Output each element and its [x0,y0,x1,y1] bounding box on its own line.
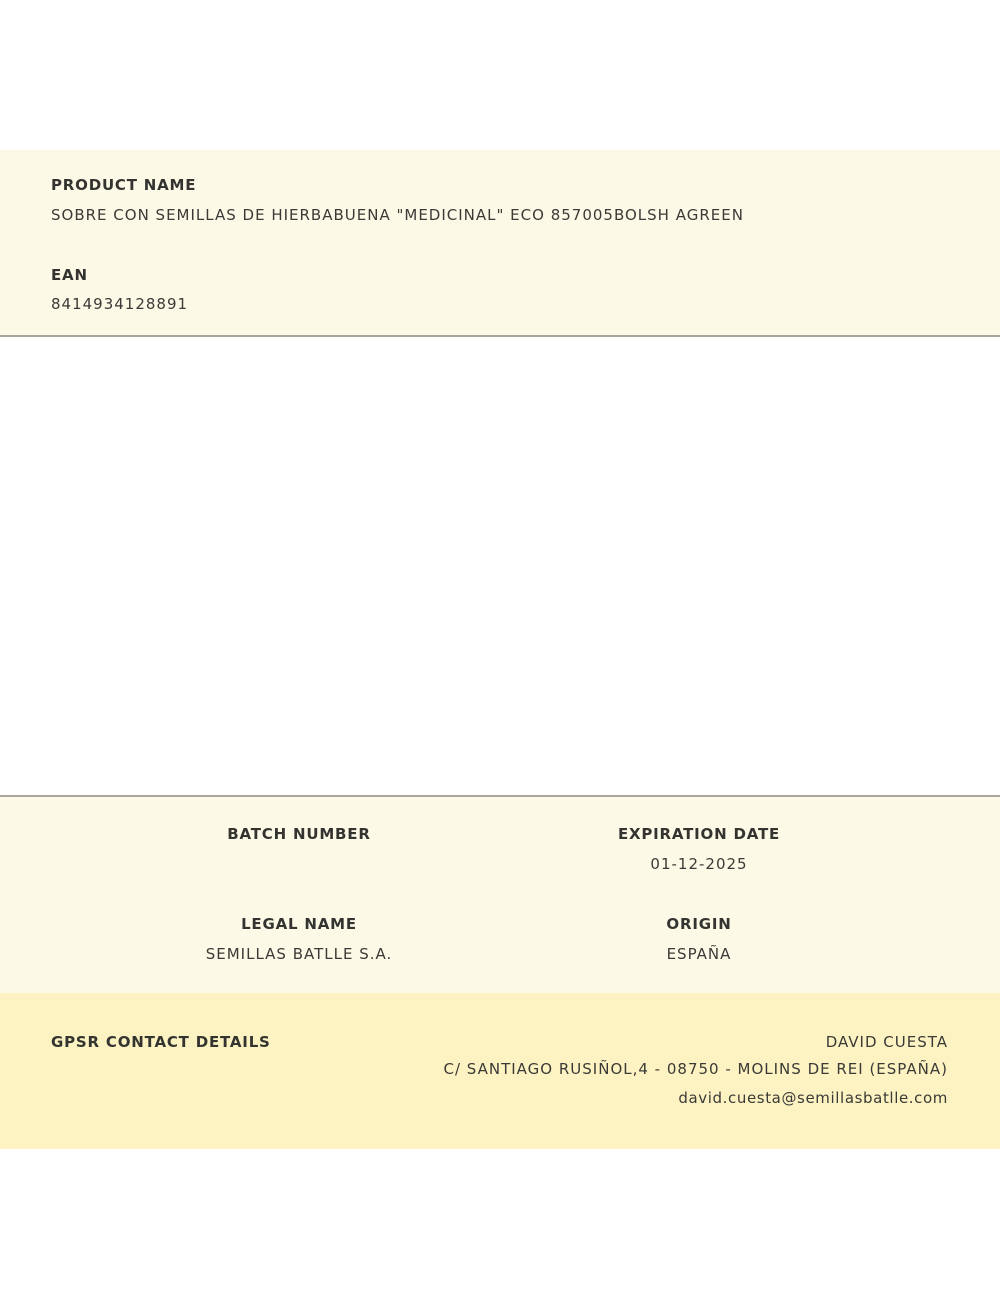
product-name-value: SOBRE CON SEMILLAS DE HIERBABUENA "MEDIC… [51,206,744,224]
legal-name-value: SEMILLAS BATLLE S.A. [99,945,499,963]
ean-label: EAN [51,266,88,284]
contact-address: C/ SANTIAGO RUSIÑOL,4 - 08750 - MOLINS D… [444,1060,948,1078]
expiration-date-label: EXPIRATION DATE [499,825,899,843]
product-section: PRODUCT NAME SOBRE CON SEMILLAS DE HIERB… [0,150,1000,337]
contact-email: david.cuesta@semillasbatlle.com [678,1089,948,1107]
batch-number-label: BATCH NUMBER [99,825,499,843]
origin-label: ORIGIN [499,915,899,933]
contact-name: DAVID CUESTA [826,1033,948,1051]
product-name-label: PRODUCT NAME [51,176,196,194]
ean-value: 8414934128891 [51,295,188,313]
legal-name-label: LEGAL NAME [99,915,499,933]
gpsr-contact-label: GPSR CONTACT DETAILS [51,1033,271,1051]
origin-value: ESPAÑA [499,945,899,963]
expiration-date-value: 01-12-2025 [499,855,899,873]
gpsr-section: GPSR CONTACT DETAILS DAVID CUESTA C/ SAN… [0,993,1000,1149]
info-section: BATCH NUMBER EXPIRATION DATE 01-12-2025 … [0,795,1000,995]
